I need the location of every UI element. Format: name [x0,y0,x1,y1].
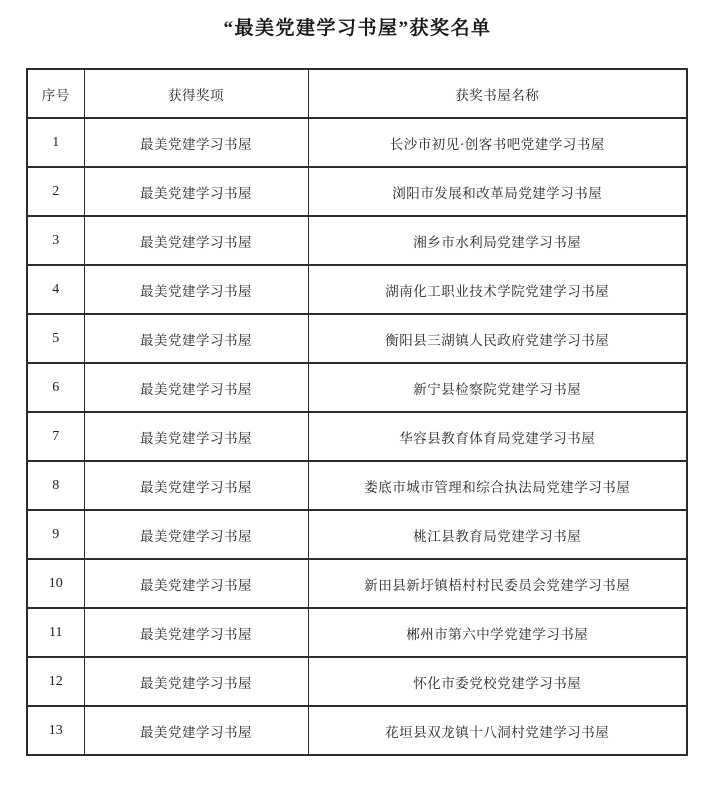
table-body: 1最美党建学习书屋长沙市初见·创客书吧党建学习书屋2最美党建学习书屋浏阳市发展和… [27,118,687,755]
table-row: 5最美党建学习书屋衡阳县三湖镇人民政府党建学习书屋 [27,314,687,363]
table-row: 10最美党建学习书屋新田县新圩镇梧村村民委员会党建学习书屋 [27,559,687,608]
serial-number-cell: 5 [27,314,84,363]
winner-name-cell: 湖南化工职业技术学院党建学习书屋 [308,265,687,314]
award-cell: 最美党建学习书屋 [84,461,308,510]
serial-number-cell: 6 [27,363,84,412]
award-cell: 最美党建学习书屋 [84,412,308,461]
table-header-row: 序号 获得奖项 获奖书屋名称 [27,69,687,118]
header-serial-number: 序号 [27,69,84,118]
award-cell: 最美党建学习书屋 [84,216,308,265]
document-title: “最美党建学习书屋”获奖名单 [0,15,715,43]
serial-number-cell: 2 [27,167,84,216]
table-row: 6最美党建学习书屋新宁县检察院党建学习书屋 [27,363,687,412]
winner-name-cell: 桃江县教育局党建学习书屋 [308,510,687,559]
table-row: 12最美党建学习书屋怀化市委党校党建学习书屋 [27,657,687,706]
winner-name-cell: 新田县新圩镇梧村村民委员会党建学习书屋 [308,559,687,608]
table-row: 4最美党建学习书屋湖南化工职业技术学院党建学习书屋 [27,265,687,314]
winner-name-cell: 长沙市初见·创客书吧党建学习书屋 [308,118,687,167]
serial-number-cell: 7 [27,412,84,461]
serial-number-cell: 1 [27,118,84,167]
serial-number-cell: 4 [27,265,84,314]
serial-number-cell: 3 [27,216,84,265]
award-table: 序号 获得奖项 获奖书屋名称 1最美党建学习书屋长沙市初见·创客书吧党建学习书屋… [26,68,688,756]
serial-number-cell: 12 [27,657,84,706]
serial-number-cell: 10 [27,559,84,608]
award-cell: 最美党建学习书屋 [84,265,308,314]
award-cell: 最美党建学习书屋 [84,167,308,216]
serial-number-cell: 9 [27,510,84,559]
winner-name-cell: 湘乡市水利局党建学习书屋 [308,216,687,265]
serial-number-cell: 13 [27,706,84,755]
table-row: 13最美党建学习书屋花垣县双龙镇十八洞村党建学习书屋 [27,706,687,755]
table-row: 9最美党建学习书屋桃江县教育局党建学习书屋 [27,510,687,559]
award-cell: 最美党建学习书屋 [84,657,308,706]
winner-name-cell: 郴州市第六中学党建学习书屋 [308,608,687,657]
award-cell: 最美党建学习书屋 [84,363,308,412]
award-cell: 最美党建学习书屋 [84,510,308,559]
winner-name-cell: 怀化市委党校党建学习书屋 [308,657,687,706]
winner-name-cell: 新宁县检察院党建学习书屋 [308,363,687,412]
table-header: 序号 获得奖项 获奖书屋名称 [27,69,687,118]
serial-number-cell: 11 [27,608,84,657]
award-cell: 最美党建学习书屋 [84,559,308,608]
award-cell: 最美党建学习书屋 [84,608,308,657]
table-row: 8最美党建学习书屋娄底市城市管理和综合执法局党建学习书屋 [27,461,687,510]
table-row: 1最美党建学习书屋长沙市初见·创客书吧党建学习书屋 [27,118,687,167]
table-row: 3最美党建学习书屋湘乡市水利局党建学习书屋 [27,216,687,265]
winner-name-cell: 花垣县双龙镇十八洞村党建学习书屋 [308,706,687,755]
header-award: 获得奖项 [84,69,308,118]
winner-name-cell: 娄底市城市管理和综合执法局党建学习书屋 [308,461,687,510]
award-cell: 最美党建学习书屋 [84,314,308,363]
table-row: 7最美党建学习书屋华容县教育体育局党建学习书屋 [27,412,687,461]
award-cell: 最美党建学习书屋 [84,118,308,167]
table-row: 2最美党建学习书屋浏阳市发展和改革局党建学习书屋 [27,167,687,216]
table-row: 11最美党建学习书屋郴州市第六中学党建学习书屋 [27,608,687,657]
winner-name-cell: 华容县教育体育局党建学习书屋 [308,412,687,461]
winner-name-cell: 衡阳县三湖镇人民政府党建学习书屋 [308,314,687,363]
winner-name-cell: 浏阳市发展和改革局党建学习书屋 [308,167,687,216]
serial-number-cell: 8 [27,461,84,510]
award-cell: 最美党建学习书屋 [84,706,308,755]
header-winner-name: 获奖书屋名称 [308,69,687,118]
